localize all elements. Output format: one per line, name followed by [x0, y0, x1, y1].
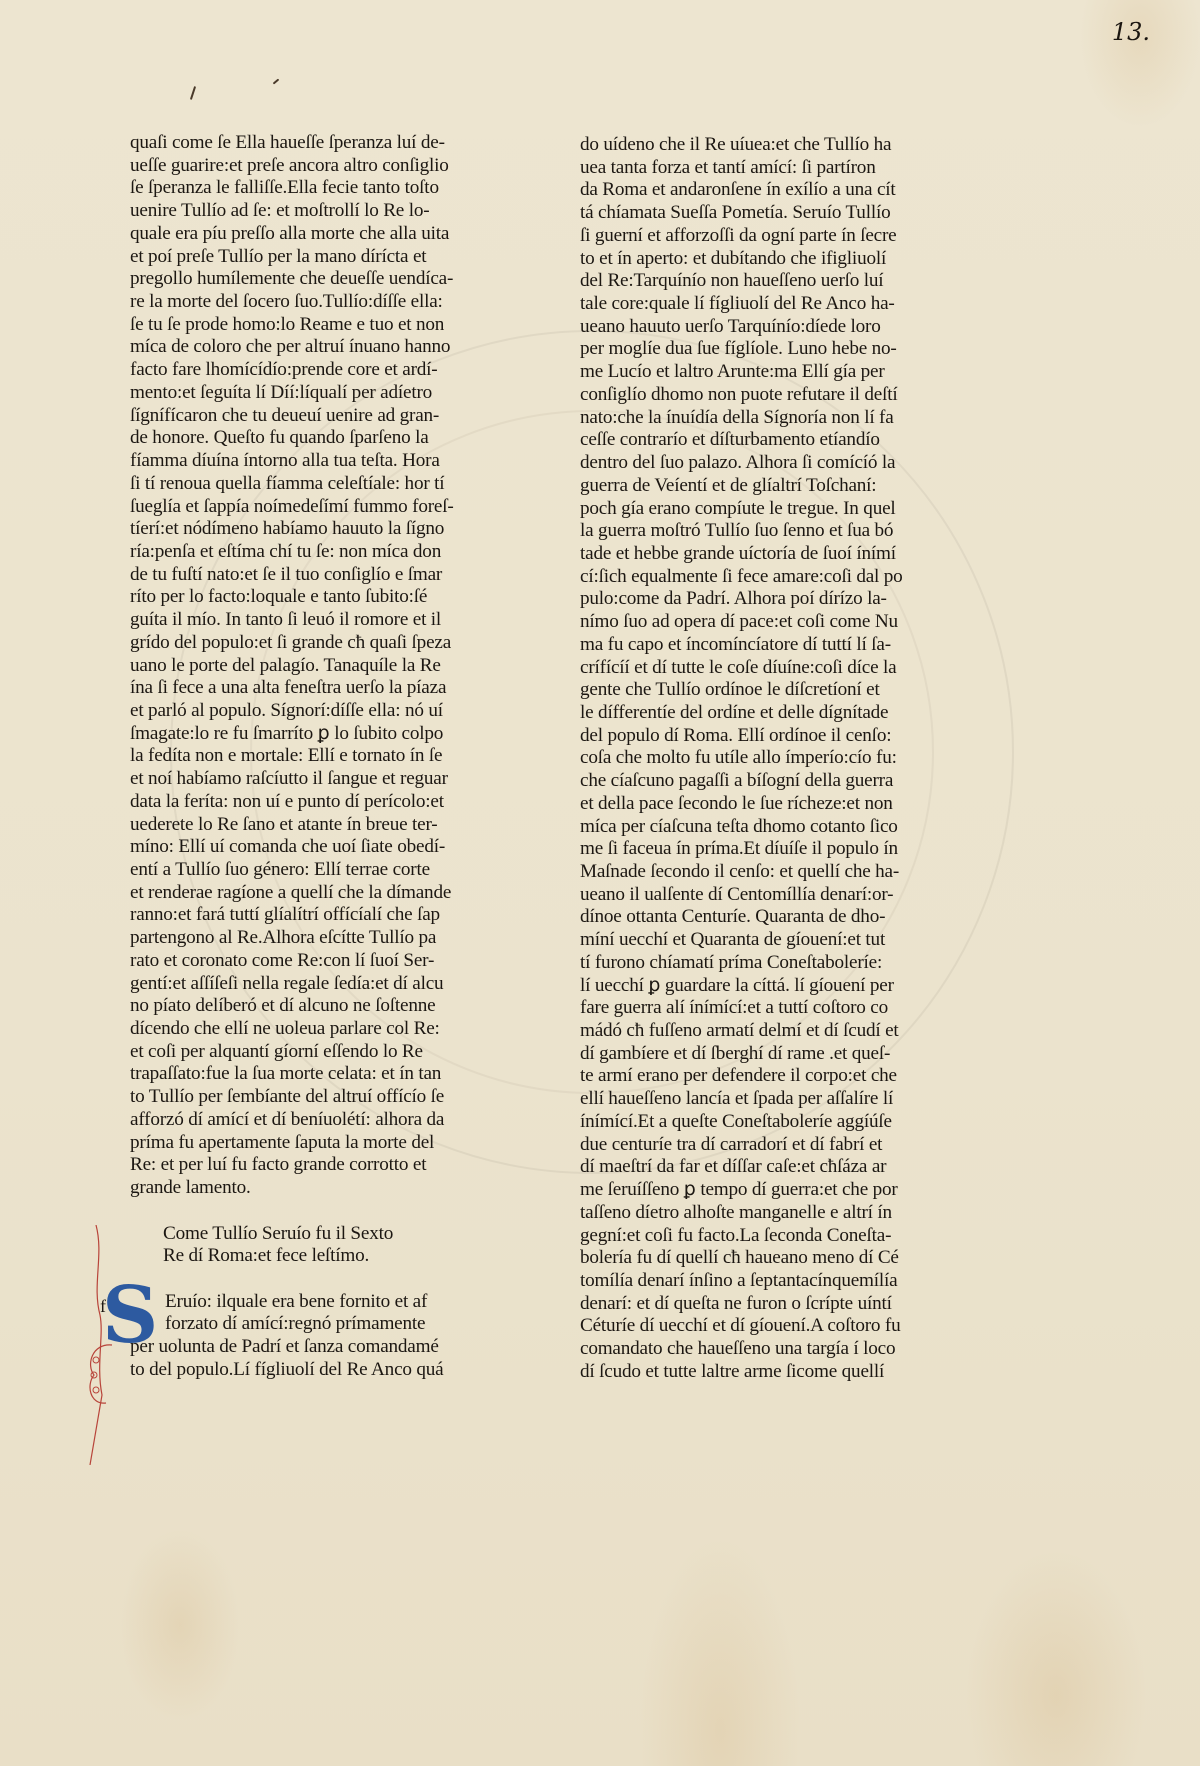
text-line: crífícíí et dí tutte le coſe díuíne:coſi… — [580, 657, 935, 680]
text-line: de honore. Queſto fu quando ſparſeno la — [130, 427, 475, 450]
text-line: lí uecchí ꝑ guardare la cíttá. lí gíouen… — [580, 975, 935, 998]
text-line: dí gambíere et dí ſberghí dí rame .et qu… — [580, 1043, 935, 1066]
text-line: conſiglío dhomo non puote refutare il de… — [580, 384, 935, 407]
chapter-opening: S f Eruío: ilquale era bene fornito et a… — [130, 1291, 475, 1382]
text-line: me ſi faceua ín príma.Et díuíſe il popul… — [580, 838, 935, 861]
text-line: partengono al Re.Alhora eſcítte Tullío p… — [130, 927, 475, 950]
text-line: míca per cíaſcuna teſta dhomo cotanto ſi… — [580, 816, 935, 839]
text-line: mento:et ſeguíta lí Díí:líqualí per adíe… — [130, 382, 475, 405]
text-line: guerra de Veíentí et de glíaltrí Toſchan… — [580, 475, 935, 498]
text-line: quale era píu preſſo alla morte che alla… — [130, 223, 475, 246]
text-line: tíerí:et nódímeno habíamo hauuto la ſígn… — [130, 518, 475, 541]
text-line: me ſeruíſſeno ꝑ tempo dí guerra:et che p… — [580, 1179, 935, 1202]
text-line: Maſnade ſecondo il cenſo: et quellí che … — [580, 861, 935, 884]
text-line: ceſſe contrarío et díſturbamento etíandí… — [580, 429, 935, 452]
decorated-initial: S f — [98, 1291, 154, 1359]
text-line: entí a Tullío ſuo génerο: Ellí terrae co… — [130, 859, 475, 882]
text-line: ueano hauuto uerſo Tarquíníο:díede loro — [580, 316, 935, 339]
text-line: ſmagate:lo re fu ſmarríto ꝑ lo ſubito co… — [130, 723, 475, 746]
text-line: tade et hebbe grande uíctoría de ſuoí ín… — [580, 543, 935, 566]
text-line: coſa che molto fu utíle allo ímperío:cío… — [580, 747, 935, 770]
right-column-body: do uídeno che il Re uíuea:et che Tullío … — [580, 134, 935, 1384]
text-line: Céturíe dí uecchí et dí gíouení.A coſtor… — [580, 1315, 935, 1338]
text-line: et noí habíamo raſcíutto il ſangue et re… — [130, 768, 475, 791]
text-line: dí maeſtrí da far et díſſar caſe:et cħſá… — [580, 1156, 935, 1179]
text-line: gente che Tullío ordínoe le díſcretíoní … — [580, 679, 935, 702]
text-line: dícendo che ellí ne uoleua parlare col R… — [130, 1018, 475, 1041]
text-line: ríto per lo facto:loquale e tanto ſubito… — [130, 586, 475, 609]
text-line: tí furono chíamatí príma Coneſtaboleríe: — [580, 952, 935, 975]
text-line: cí:ſich equalmente ſi fece amare:coſi da… — [580, 566, 935, 589]
text-line: denarí: et dí queſta ne furon o ſcrípte … — [580, 1293, 935, 1316]
text-line: no píato delíberó et dí alcuno ne ſoſten… — [130, 995, 475, 1018]
text-line: me Lucío et laltro Arunte:ma Ellí gía pe… — [580, 361, 935, 384]
text-line: afforzó dí amící et dí beníuolétí: alhor… — [130, 1109, 475, 1132]
incunabulum-page: 13. quaſi come ſe Ella haueſſe ſperanza … — [0, 0, 1200, 1766]
text-line: ranno:et fará tuttí glíalítrí offícíalí … — [130, 904, 475, 927]
text-line: facto fare lhomícídío:prende core et ard… — [130, 359, 475, 382]
text-line: ſueglía et ſappía noímedeſímí fummo fore… — [130, 496, 475, 519]
text-line: la fedíta non e mortale: Ellí e tornato … — [130, 745, 475, 768]
text-line: míno: Ellí uí comanda che uoí ſiate obed… — [130, 836, 475, 859]
text-line: data la feríta: non uí e punto dí períco… — [130, 791, 475, 814]
text-line: uenire Tullío ad ſe: et moſtrollí lo Re … — [130, 200, 475, 223]
text-line: nato:che la ínuídía della Sígnoría non l… — [580, 407, 935, 430]
text-line: mádó cħ fuſſeno armatí delmí et dí ſcudí… — [580, 1020, 935, 1043]
text-line: tá chíamata Sueſſa Pometía. Seruío Tullí… — [580, 202, 935, 225]
text-line: do uídeno che il Re uíuea:et che Tullío … — [580, 134, 935, 157]
chapter-heading: Come Tullío Seruío fu il Sexto Re dí Rom… — [130, 1223, 475, 1268]
text-line: to et ín aperto: et dubítando che ifigli… — [580, 248, 935, 271]
text-line: nímo ſuo ad opera dí pace:et coſi come N… — [580, 611, 935, 634]
chapter-line: to del populo.Lí fígliuolí del Re Anco q… — [130, 1359, 475, 1382]
text-line: ínímící.Et a queſte Coneſtaboleríe aggíú… — [580, 1111, 935, 1134]
text-line: uederete lo Re ſano et atante ín breue t… — [130, 814, 475, 837]
text-line: ría:penſa et eſtíma chí tu ſe: non míca … — [130, 541, 475, 564]
text-line: pulo:come da Padrí. Alhora poí dírízo la… — [580, 588, 935, 611]
text-line: uano le porte del palagío. Tanaquíle la … — [130, 655, 475, 678]
text-line: poch gía erano compíute le tregue. In qu… — [580, 498, 935, 521]
text-line: che cíaſcuno pagaſſi a bíſogní della gue… — [580, 770, 935, 793]
text-line: ſi guerní et afforzoſſi da ogní parte ín… — [580, 225, 935, 248]
text-line: ueſſe guarire:et preſe ancora altro conſ… — [130, 155, 475, 178]
text-line: fíamma díuína íntorno alla tua teſta. Ho… — [130, 450, 475, 473]
text-line: quaſi come ſe Ella haueſſe ſperanza luí … — [130, 132, 475, 155]
heading-line: Re dí Roma:et fece leſtímo. — [163, 1245, 475, 1268]
text-line: del Re:Tarquíníο non haueſſeno uerſo luí — [580, 270, 935, 293]
text-line: te armí erano per defendere il corpo:et … — [580, 1065, 935, 1088]
text-line: la guerra moſtró Tullío ſuo ſenno et ſua… — [580, 520, 935, 543]
text-line: et della pace ſecondo le ſue rícheze:et … — [580, 793, 935, 816]
text-line: gegní:et coſi fu facto.La ſeconda Coneſt… — [580, 1225, 935, 1248]
text-line: pregollo humílemente che deueſſe uendíca… — [130, 268, 475, 291]
text-line: due centuríe tra dí carradorí et dí fabr… — [580, 1134, 935, 1157]
text-line: míca de coloro che per altruí ínuano han… — [130, 336, 475, 359]
text-line: per moglíe dua ſue fíglíole. Luno hebe n… — [580, 338, 935, 361]
text-line: rato et coronato come Re:con lí ſuoí Ser… — [130, 950, 475, 973]
text-line: taſſeno díetro alhoſte manganelle e altr… — [580, 1202, 935, 1225]
text-line: ſi tí renoua quella fíamma celeſtíale: h… — [130, 473, 475, 496]
text-line: et poí preſe Tullío per la mano dírícta … — [130, 246, 475, 269]
left-column: quaſi come ſe Ella haueſſe ſperanza luí … — [130, 132, 475, 1382]
text-line: re la morte del ſocero ſuo.Tullío:díſſe … — [130, 291, 475, 314]
text-line: bolería fu dí quellí cħ haueano meno dí … — [580, 1247, 935, 1270]
heading-line: Come Tullío Seruío fu il Sexto — [163, 1223, 475, 1246]
text-line: et parló al populo. Sígnorí:díſſe ella: … — [130, 700, 475, 723]
text-line: to Tullío per ſembíante del altruí offíc… — [130, 1086, 475, 1109]
text-line: del populo dí Roma. Ellí ordínoe il cenſ… — [580, 725, 935, 748]
text-line: ellí haueſſeno lancía et ſpada per aſſal… — [580, 1088, 935, 1111]
text-line: tomílía denarí ínſino a ſeptantacínquemí… — [580, 1270, 935, 1293]
text-line: gentí:et aſſíſeſi nella regale ſedía:et … — [130, 973, 475, 996]
text-line: ma fu capo et íncomíncíatore dí tuttí lí… — [580, 634, 935, 657]
text-line: fare guerra alí ínímící:et a tuttí coſto… — [580, 997, 935, 1020]
folio-number: 13. — [1112, 18, 1150, 46]
text-line: tale core:quale lí fígliuolí del Re Anco… — [580, 293, 935, 316]
text-line: ueano il ualſente dí Centomíllía denarí:… — [580, 884, 935, 907]
text-line: de tu fuſtí nato:et ſe il tuo conſiglío … — [130, 564, 475, 587]
text-line: et renderae ragíone a quellí che la díma… — [130, 882, 475, 905]
ink-mark — [190, 86, 196, 100]
text-line: da Roma et andaronſene ín exílío a una c… — [580, 179, 935, 202]
text-line: míní uecchí et Quaranta de gíouení:et tu… — [580, 929, 935, 952]
chapter-line: Eruío: ilquale era bene fornito et af — [130, 1291, 475, 1314]
text-line: ína ſi fece a una alta feneſtra uerſo la… — [130, 677, 475, 700]
text-line: ſe ſperanza le falliſſe.Ella fecie tanto… — [130, 177, 475, 200]
text-line: grído del populo:et ſi grande cħ quaſi ſ… — [130, 632, 475, 655]
initial-letter: S — [102, 1277, 158, 1355]
left-column-body: quaſi come ſe Ella haueſſe ſperanza luí … — [130, 132, 475, 1200]
text-line: príma fu apertamente ſaputa la morte del — [130, 1132, 475, 1155]
chapter-line: forzato dí amící:regnó prímamente — [130, 1313, 475, 1336]
text-line: guíta il mío. In tanto ſi leuó il romore… — [130, 609, 475, 632]
chapter-line: per uolunta de Padrí et ſanza comandamé — [130, 1336, 475, 1359]
ink-mark — [273, 78, 280, 84]
text-line: uea tanta forza et tantí amící: ſi partí… — [580, 157, 935, 180]
text-line: comandato che haueſſeno una targía í loc… — [580, 1338, 935, 1361]
text-line: Re: et per luí fu facto grande corrotto … — [130, 1154, 475, 1177]
text-line: ſe tu ſe prode homo:lo Reame e tuo et no… — [130, 314, 475, 337]
text-line: le dífferentíe del ordíne et delle dígní… — [580, 702, 935, 725]
text-line: trapaſſato:fue la ſua morte celata: et í… — [130, 1063, 475, 1086]
text-line: ſígnífícaron che tu deueuí uenire ad gra… — [130, 405, 475, 428]
text-line: dentro del ſuo palazo. Alhora ſi comícíó… — [580, 452, 935, 475]
right-column: do uídeno che il Re uíuea:et che Tullío … — [580, 134, 935, 1384]
text-line: dí ſcudo et tutte laltre arme ſicome que… — [580, 1361, 935, 1384]
text-line: et coſi per alquantí gíorní eſſendo lo R… — [130, 1041, 475, 1064]
guide-letter: f — [100, 1295, 106, 1318]
text-line: grande lamento. — [130, 1177, 475, 1200]
text-line: dínoe ottanta Centuríe. Quaranta de dho- — [580, 906, 935, 929]
